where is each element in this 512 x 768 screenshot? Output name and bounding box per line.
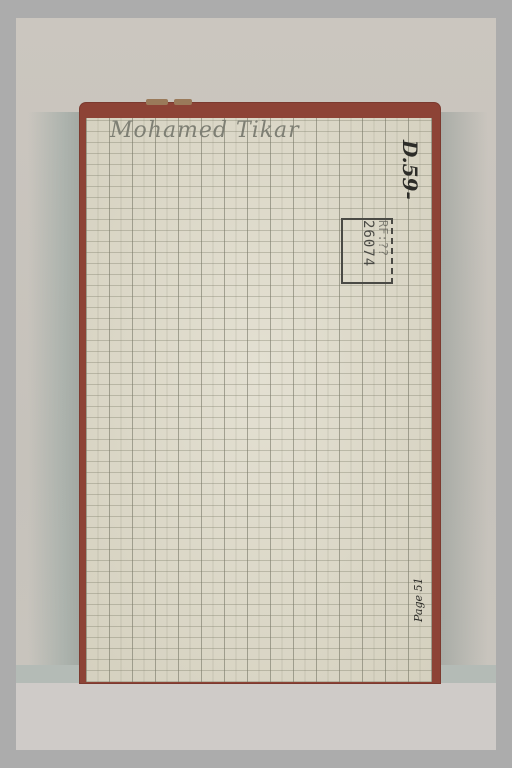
reference-number: D.59- <box>398 140 422 200</box>
stamp-line-2: 26074 <box>360 220 375 267</box>
binding-tab <box>146 99 168 105</box>
graph-paper-page <box>86 118 432 682</box>
binding-tab <box>174 99 192 105</box>
handwritten-title: Mohamed Tikar <box>110 118 300 143</box>
page-label: Page 51 <box>412 577 425 622</box>
notebook-shadow-right <box>438 112 488 672</box>
notebook-shadow-left <box>28 112 88 672</box>
inventory-stamp: RF:?? 26074 <box>360 220 390 267</box>
shelf-ledge <box>16 683 496 750</box>
stamp-line-1: RF:?? <box>375 220 390 267</box>
